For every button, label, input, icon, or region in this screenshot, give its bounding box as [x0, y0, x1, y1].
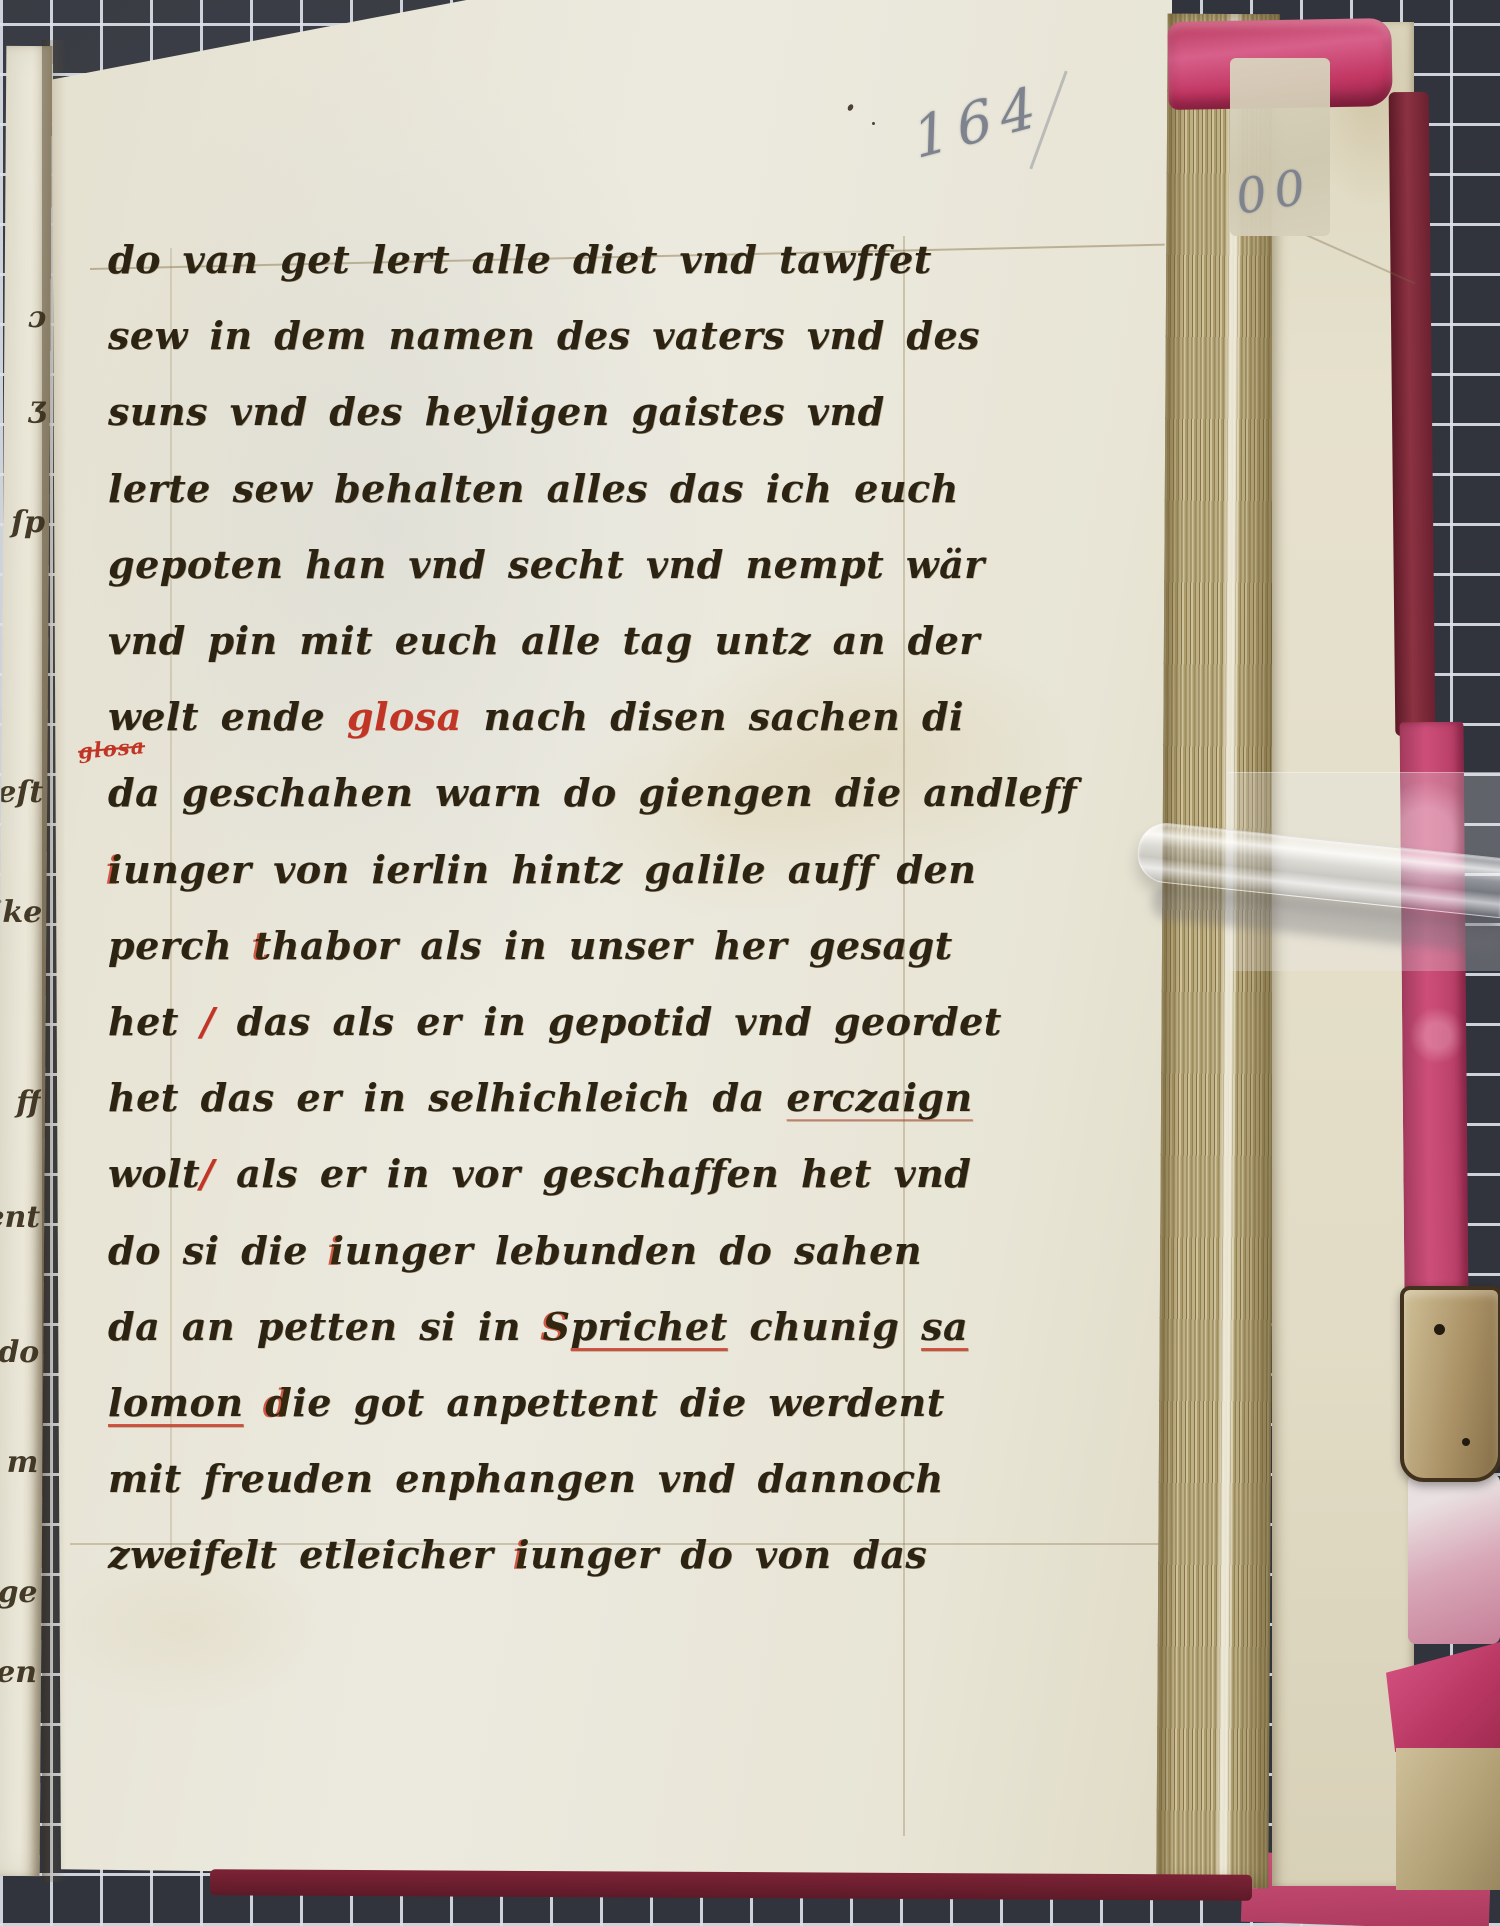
manuscript-text: welt ende — [108, 694, 347, 739]
pencil-mark-00: 00 — [1232, 158, 1317, 225]
manuscript-text: chunig — [728, 1304, 922, 1349]
photo-of-manuscript: { "photo": { "backdrop": { "type": "grid… — [0, 0, 1500, 1926]
facing-page-text-fragment: ſp — [3, 505, 45, 540]
manuscript-line: vnd pin mit euch alle tag untz an der — [108, 613, 980, 669]
manuscript-text: ie got anpettent die werdent — [292, 1380, 944, 1425]
facing-page-text-fragment: eſt — [1, 775, 43, 810]
manuscript-text: da geschahen warn do giengen die andleff — [108, 770, 1077, 815]
manuscript-text: unger lebunden do sahen — [345, 1228, 922, 1273]
manuscript-line: sew in dem namen des vaters vnd des — [108, 308, 980, 364]
manuscript-line: welt ende glosa nach disen sachen di — [108, 689, 964, 745]
rubric-text: / — [200, 1151, 214, 1196]
maroon-cover-edge-upper — [1389, 92, 1436, 736]
manuscript-line: mit freuden enphangen vnd dannoch — [108, 1451, 944, 1507]
manuscript-line: gepoten han vnd secht vnd nempt wär — [108, 537, 985, 593]
gutter-shadow — [42, 40, 66, 1882]
manuscript-line: do si die iunger lebunden do sahen — [108, 1223, 922, 1279]
manuscript-text — [243, 1380, 265, 1425]
manuscript-text: S — [543, 1304, 571, 1349]
manuscript-text: sew in dem namen des vaters vnd des — [108, 313, 980, 358]
manuscript-text: sa — [921, 1304, 968, 1349]
pink-cover-patch-pale — [1408, 1474, 1500, 1644]
facing-page-text-fragment: do — [0, 1335, 39, 1370]
manuscript-text: mit freuden enphangen vnd dannoch — [108, 1456, 944, 1501]
manuscript-text: das als er in gepotid vnd geordet — [215, 999, 1002, 1044]
facing-page-text-fragment: ɔ — [4, 300, 46, 335]
manuscript-line: lomon die got anpettent die werdent — [108, 1375, 945, 1431]
manuscript-text: suns vnd des heyligen gaistes vnd — [108, 389, 885, 434]
manuscript-line: da an petten si in Sprichet chunig sa — [108, 1299, 968, 1355]
manuscript-line: suns vnd des heyligen gaistes vnd — [108, 384, 885, 440]
manuscript-text: i — [108, 847, 123, 892]
manuscript-line: da geschahen warn do giengen die andleff — [108, 765, 1077, 821]
manuscript-page: 164 glosa do van get lert alle diet vnd … — [52, 0, 1172, 1892]
rubric-text: glosa — [347, 694, 462, 739]
manuscript-text: unger do von das — [530, 1532, 927, 1577]
manuscript-line: het / das als er in gepotid vnd geordet — [108, 994, 1002, 1050]
facing-page-text-fragment: m — [0, 1445, 39, 1480]
manuscript-line: het das er in selhichleich da erczaign — [108, 1070, 973, 1126]
manuscript-text: d — [265, 1380, 292, 1425]
manuscript-text: da an petten si in — [108, 1304, 543, 1349]
manuscript-text: prichet — [571, 1304, 728, 1349]
manuscript-text: gepoten han vnd secht vnd nempt wär — [108, 542, 985, 587]
manuscript-text: i — [515, 1532, 530, 1577]
manuscript-text: do si die — [108, 1228, 330, 1273]
leather-clasp-strap — [1400, 1286, 1500, 1482]
manuscript-text: perch — [108, 923, 254, 968]
manuscript-text: lomon — [108, 1380, 243, 1425]
manuscript-line: iunger von ierlin hintz galile auff den — [108, 842, 976, 898]
rubric-text: / — [201, 999, 215, 1044]
manuscript-text: het — [108, 999, 201, 1044]
facing-page-text-fragment: ʒ — [4, 390, 46, 425]
facing-page-text-fragment: like — [0, 895, 42, 930]
manuscript-text: lerte sew behalten alles das ich euch — [108, 466, 959, 511]
manuscript-line: perch thabor als in unser her gesagt — [108, 918, 953, 974]
facing-page-text-fragment: t ge — [0, 1575, 38, 1610]
manuscript-text: zweifelt etleicher — [108, 1532, 515, 1577]
facing-page-text-fragment: etten — [0, 1655, 37, 1690]
facing-page-text-fragment: ent — [0, 1200, 40, 1235]
facing-page-text-fragment: ff — [0, 1085, 41, 1120]
manuscript-text: het das er in selhichleich da — [108, 1075, 786, 1120]
manuscript-text: als er in vor geschaffen het vnd — [214, 1151, 971, 1196]
maroon-cover-bottom-edge — [210, 1869, 1252, 1900]
clasp-stud — [1462, 1438, 1470, 1446]
manuscript-text: wolt — [108, 1151, 200, 1196]
manuscript-line: zweifelt etleicher iunger do von das — [108, 1527, 927, 1583]
manuscript-text: t — [254, 923, 272, 968]
manuscript-text: erczaign — [786, 1075, 972, 1120]
manuscript-line: lerte sew behalten alles das ich euch — [108, 461, 959, 517]
manuscript-text: habor als in unser her gesagt — [272, 923, 953, 968]
clasp-stud — [1434, 1324, 1445, 1335]
manuscript-line: do van get lert alle diet vnd tawffet — [108, 232, 932, 288]
manuscript-text: do van get lert alle diet vnd tawffet — [108, 237, 932, 282]
manuscript-line: wolt/ als er in vor geschaffen het vnd — [108, 1146, 971, 1202]
manuscript-text: unger von ierlin hintz galile auff den — [123, 847, 976, 892]
manuscript-text: i — [330, 1228, 345, 1273]
manuscript-text: nach disen sachen di — [462, 694, 964, 739]
text-block: do van get lert alle diet vnd tawffetsew… — [52, 0, 1172, 1892]
tan-cover-patch — [1396, 1748, 1500, 1890]
manuscript-text: vnd pin mit euch alle tag untz an der — [108, 618, 980, 663]
